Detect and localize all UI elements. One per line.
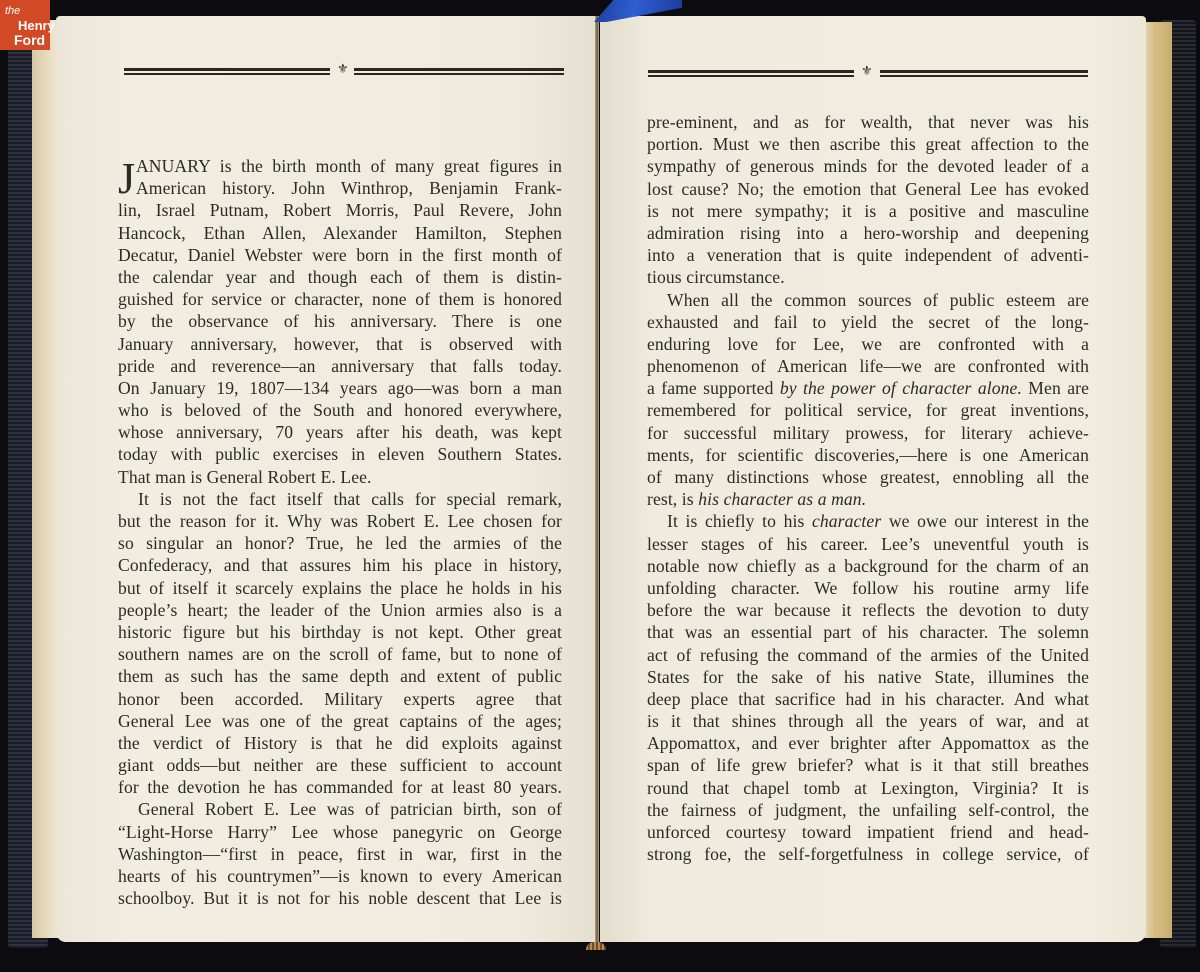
text-line: General Robert E. Lee was of patrician b… [118, 798, 562, 820]
text-line: span of life grew briefer? what is it th… [647, 754, 1089, 776]
text-line: whose anniversary, 70 years after his de… [118, 421, 562, 443]
text-line: is not mere sympathy; it is a positive a… [647, 200, 1089, 222]
text-line: unforced courtesy toward impatient frien… [647, 821, 1089, 843]
ornament-rule [124, 68, 330, 71]
text-line: admiration rising into a hero-worship an… [647, 222, 1089, 244]
text-line: them as such has the same depth and exte… [118, 665, 562, 687]
text-line: but the reason for it. Why was Robert E.… [118, 510, 562, 532]
text-line: That man is General Robert E. Lee. [118, 466, 562, 488]
text-fragment: Men are [1022, 378, 1089, 398]
text-line: ments, for scientific discoveries,—here … [647, 444, 1089, 466]
drop-cap: J [118, 159, 135, 199]
text-line: guished for service or character, none o… [118, 288, 562, 310]
henry-ford-logo: the Henry Ford [0, 0, 50, 50]
text-line: round that chapel tomb at Lexington, Vir… [647, 777, 1089, 799]
text-line: but of itself it scarcely explains the p… [118, 577, 562, 599]
text-line: today with public exercises in eleven So… [118, 443, 562, 465]
text-line: On January 19, 1807—134 years ago—was bo… [118, 377, 562, 399]
header-ornament-right: ⚜ [648, 68, 1088, 80]
ornament-rule [880, 70, 1088, 73]
text-line: exhausted and fail to yield the secret o… [647, 311, 1089, 333]
text-line: who is beloved of the South and honored … [118, 399, 562, 421]
header-ornament-left: ⚜ [124, 66, 564, 78]
text-line: ANUARY is the birth month of many great … [118, 155, 562, 177]
text-line: pre-eminent, and as for wealth, that nev… [647, 111, 1089, 133]
text-fragment: a fame supported [647, 378, 780, 398]
book-gutter [595, 16, 599, 946]
text-fragment: we owe our interest in the [881, 511, 1089, 531]
text-line: act of refusing the command of the armie… [647, 644, 1089, 666]
text-line: giant odds—but neither are these suffici… [118, 754, 562, 776]
italic-emphasis: his character as a man. [698, 489, 866, 509]
text-line: It is not the fact itself that calls for… [118, 488, 562, 510]
logo-the: the [5, 6, 20, 17]
text-line: unfolding character. We follow his routi… [647, 577, 1089, 599]
text-line: pride and reverence—an anniversary that … [118, 355, 562, 377]
text-line: schoolboy. But it is not for his noble d… [118, 887, 562, 909]
text-line: portion. Must we then ascribe this great… [647, 133, 1089, 155]
text-line: States for the sake of his native State,… [647, 666, 1089, 688]
text-line: the fairness of judgment, the unfailing … [647, 799, 1089, 821]
text-fragment: rest, is [647, 489, 698, 509]
text-line: remembered for political service, for gr… [647, 399, 1089, 421]
text-line: Hancock, Ethan Allen, Alexander Hamilton… [118, 222, 562, 244]
text-line: lin, Israel Putnam, Robert Morris, Paul … [118, 199, 562, 221]
text-line: General Lee was one of the great captain… [118, 710, 562, 732]
logo-henry: Henry [18, 19, 55, 32]
text-line: the calendar year and though each of the… [118, 266, 562, 288]
text-line: enduring love for Lee, we are confronted… [647, 333, 1089, 355]
text-line: people’s heart; the leader of the Union … [118, 599, 562, 621]
text-line: is it that shines through all the years … [647, 710, 1089, 732]
text-line: notable now chiefly as a background for … [647, 555, 1089, 577]
ornament-rule [648, 70, 854, 73]
text-line: into a veneration that is quite independ… [647, 244, 1089, 266]
fleur-de-lis-icon: ⚜ [337, 62, 349, 75]
text-fragment: It is chiefly to his [667, 511, 812, 531]
text-line: lost cause? No; the emotion that General… [647, 178, 1089, 200]
text-line: lesser stages of his career. Lee’s uneve… [647, 533, 1089, 555]
text-line: so singular an honor? True, he led the a… [118, 532, 562, 554]
text-line: “Light-Horse Harry” Lee whose panegyric … [118, 821, 562, 843]
right-page-text: pre-eminent, and as for wealth, that nev… [647, 111, 1089, 865]
text-line: by the observance of his anniversary. Th… [118, 310, 562, 332]
text-line: hearts of his countrymen”—is known to ev… [118, 865, 562, 887]
text-line: historic figure but his birthday is not … [118, 621, 562, 643]
text-line: southern names are on the scroll of fame… [118, 643, 562, 665]
text-line: before the war because it reflects the d… [647, 599, 1089, 621]
text-line: of many distinctions whose greatest, enn… [647, 466, 1089, 488]
text-line: rest, is his character as a man. [647, 488, 1089, 510]
text-line: It is chiefly to his character we owe ou… [647, 510, 1089, 532]
text-line: for the devotion he has commanded for at… [118, 776, 562, 798]
text-line: Confederacy, and that assures him his pl… [118, 554, 562, 576]
text-line: January anniversary, however, that is ob… [118, 333, 562, 355]
italic-emphasis: character [812, 511, 881, 531]
text-line: When all the common sources of public es… [647, 289, 1089, 311]
italic-emphasis: by the power of character alone. [780, 378, 1022, 398]
logo-ford: Ford [14, 33, 45, 47]
text-line: a fame supported by the power of charact… [647, 377, 1089, 399]
text-line: the verdict of History is that he did ex… [118, 732, 562, 754]
text-line: that was an essential part of his charac… [647, 621, 1089, 643]
left-page-text: J ANUARY is the birth month of many grea… [118, 155, 562, 909]
text-line: strong foe, the self-forgetfulness in co… [647, 843, 1089, 865]
ornament-rule [354, 68, 564, 71]
text-line: Decatur, Daniel Webster were born in the… [118, 244, 562, 266]
text-line: Washington—“first in peace, first in war… [118, 843, 562, 865]
fleur-de-lis-icon: ⚜ [861, 64, 873, 77]
text-line: sympathy of generous minds for the devot… [647, 155, 1089, 177]
text-line: honor been accorded. Military experts ag… [118, 688, 562, 710]
text-line: tious circumstance. [647, 266, 1089, 288]
text-line: for successful military prowess, for lit… [647, 422, 1089, 444]
text-line: Appomattox, and ever brighter after Appo… [647, 732, 1089, 754]
spine-headband [586, 942, 606, 950]
text-line: deep place that sacrifice had in his cha… [647, 688, 1089, 710]
text-line: phenomenon of American life—we are confr… [647, 355, 1089, 377]
text-line: American history. John Winthrop, Benjami… [118, 177, 562, 199]
page-edges-right [1142, 22, 1172, 938]
